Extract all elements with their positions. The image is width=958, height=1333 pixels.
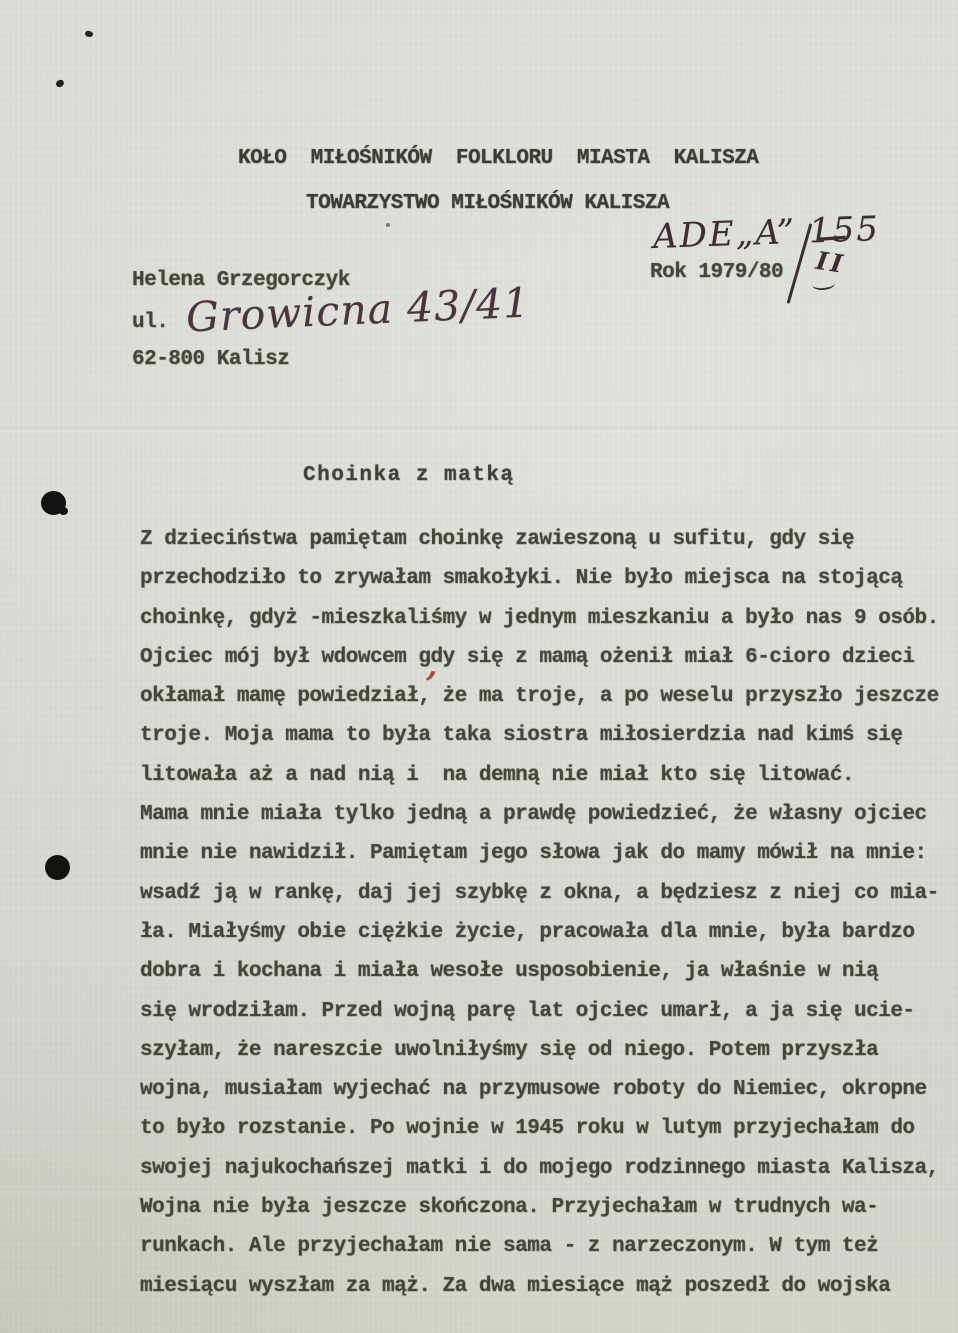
punch-hole-icon: [45, 855, 70, 880]
body-line: okłamał mamę powiedział, że ma troje, a …: [140, 677, 945, 716]
body-line: szyłam, że nareszcie uwolniłyśmy się od …: [140, 1031, 945, 1070]
memoir-body-text: Z dzieciństwa pamiętam choinkę zawieszon…: [140, 520, 945, 1306]
body-line: mnie nie nawidził. Pamiętam jego słowa j…: [140, 834, 945, 873]
body-line: ła. Miałyśmy obie ciężkie życie, pracowa…: [140, 913, 945, 952]
annotation-fraction-bottom: II: [814, 246, 848, 279]
body-line: dobra i kochana i miała wesołe usposobie…: [140, 952, 945, 991]
punch-hole-icon: [41, 491, 66, 515]
paper-speck: [84, 30, 94, 38]
body-line: miesiącu wyszłam za mąż. Za dwa miesiące…: [140, 1267, 945, 1306]
body-line: to było rozstanie. Po wojnie w 1945 roku…: [140, 1109, 945, 1148]
body-line: choinkę, gdyż -mieszkaliśmy w jednym mie…: [140, 599, 945, 638]
body-line: Ojciec mój był wdowcem gdy się z mamą oż…: [140, 638, 945, 677]
annotation-underline-curve: [812, 277, 836, 291]
red-correction-comma: ,: [426, 648, 439, 685]
organization-header-line1: KOŁO MIŁOŚNIKÓW FOLKLORU MIASTA KALISZA: [238, 144, 758, 174]
address-postal-city: 62-800 Kalisz: [132, 345, 289, 375]
paper-speck: [55, 79, 65, 88]
scanned-document-page: KOŁO MIŁOŚNIKÓW FOLKLORU MIASTA KALISZA …: [0, 0, 958, 1333]
address-street-prefix: ul.: [132, 308, 168, 338]
paper-fold-line: [0, 426, 958, 432]
body-line: swojej najukochańszej matki i do mojego …: [140, 1149, 945, 1188]
body-line: się wrodziłam. Przed wojną parę lat ojci…: [140, 992, 945, 1031]
body-line: przechodziło to zrywałam smakołyki. Nie …: [140, 559, 945, 598]
body-line: litowała aż a nad nią i na demną nie mia…: [140, 756, 945, 795]
organization-header-line2: TOWARZYSTWO MIŁOŚNIKÓW KALISZA: [306, 189, 669, 219]
body-line: Mama mnie miała tylko jedną a prawdę pow…: [140, 795, 945, 834]
body-line: Z dzieciństwa pamiętam choinkę zawieszon…: [140, 520, 945, 559]
year-label: Rok 1979/80: [650, 258, 783, 288]
body-line: wsadź ją w rankę, daj jej szybkę z okna,…: [140, 874, 945, 913]
body-line: Wojna nie była jeszcze skończona. Przyje…: [140, 1188, 945, 1227]
document-title: Choinka z matką: [303, 461, 515, 491]
body-line: troje. Moja mama to była taka siostra mi…: [140, 716, 945, 755]
body-line: wojna, musiałam wyjechać na przymusowe r…: [140, 1070, 945, 1109]
body-line: runkach. Ale przyjechałam nie sama - z n…: [140, 1227, 945, 1266]
paper-speck: [386, 223, 390, 227]
